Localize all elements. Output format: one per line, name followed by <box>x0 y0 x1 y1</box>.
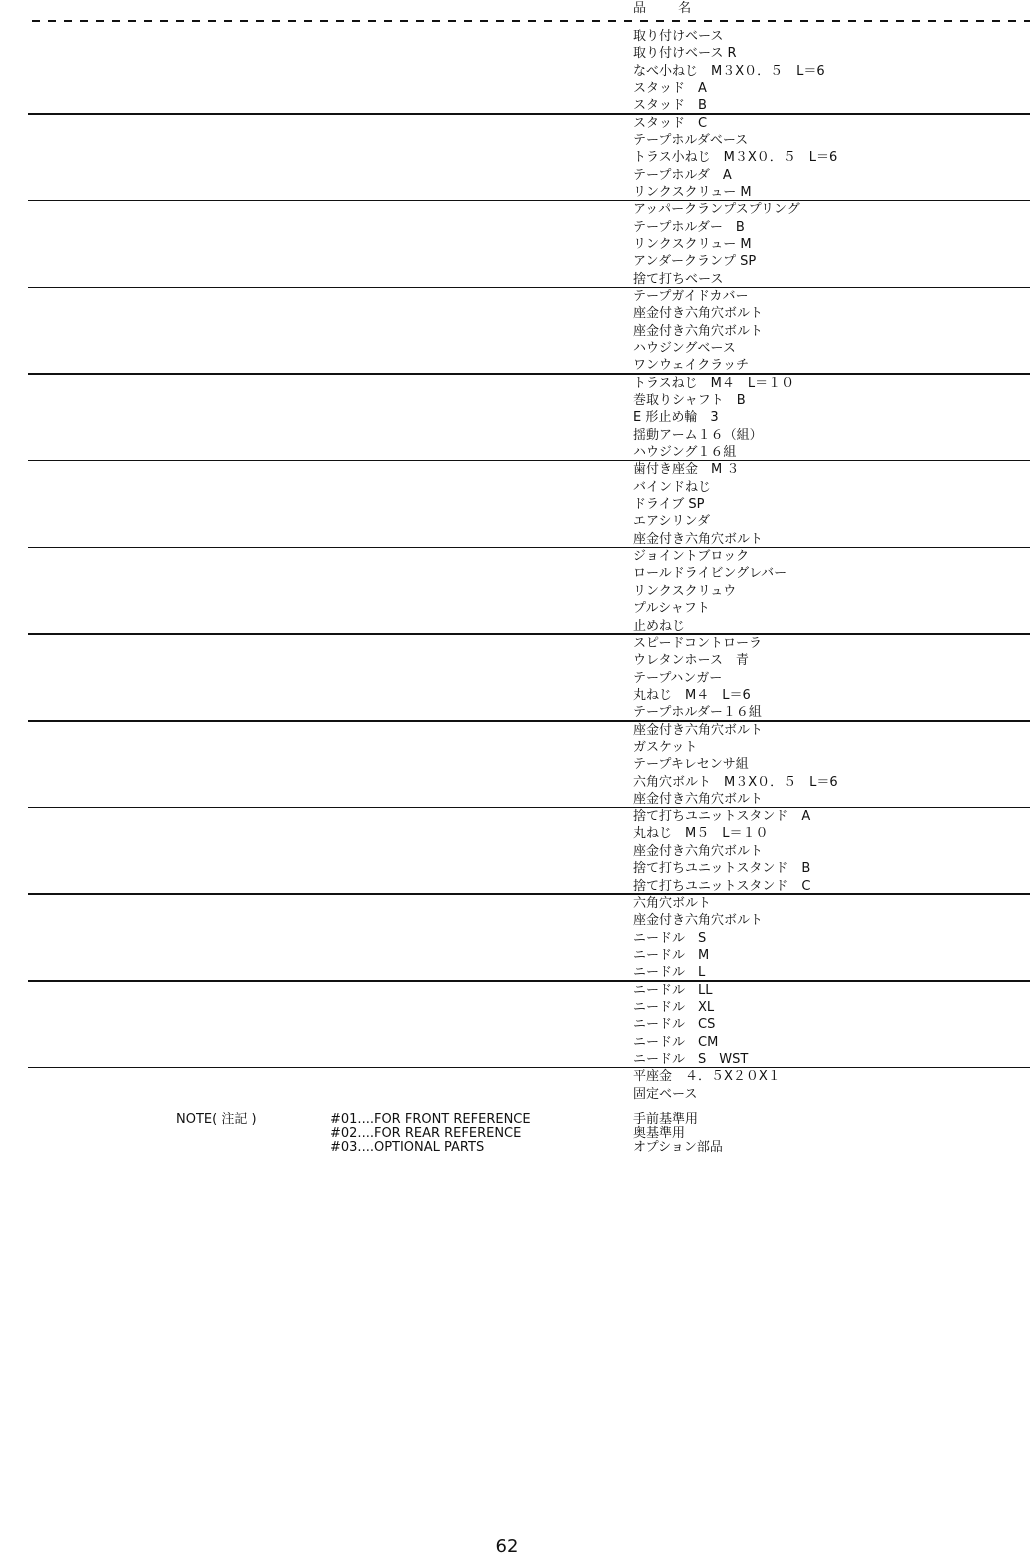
part-name: 座金付き六角穴ボルト <box>633 305 763 322</box>
parts-group: 歯付き座金 M ３ バインドねじ ドライブ SP エアシリンダ 座金付き六角穴ボ… <box>0 461 1030 548</box>
part-name: 捨て打ちユニットスタンド A <box>633 808 810 825</box>
parts-group: トラスねじ M４ L＝１０ 巻取りシャフト B E 形止め輪 3 揺動アーム１６… <box>0 375 1030 462</box>
part-name: テープハンガー <box>633 670 722 687</box>
part-name: 固定ベース <box>633 1086 697 1103</box>
part-name: スピードコントローラ <box>633 635 762 652</box>
part-name: ハウジングベース <box>633 340 736 357</box>
part-name: アンダークランプ SP <box>633 253 756 270</box>
part-name: ロールドライビングレバー <box>633 565 787 582</box>
part-name: 座金付き六角穴ボルト <box>633 323 763 340</box>
part-name: テープガイドカバー <box>633 288 748 305</box>
part-name: ハウジング１６組 <box>633 444 736 461</box>
parts-group: 六角穴ボルト 座金付き六角穴ボルト ニードル S ニードル M ニードル L <box>0 895 1030 982</box>
part-name: トラス小ねじ M３X０．５ L＝6 <box>633 149 837 166</box>
parts-group: 取り付けベース 取り付けベース R なべ小ねじ M３X０．５ L＝6 スタッド … <box>0 28 1030 115</box>
part-name: 捨て打ちユニットスタンド C <box>633 878 810 895</box>
part-name: 取り付けベース <box>633 28 723 45</box>
notes-title: NOTE( 注記 ) <box>176 1113 257 1127</box>
part-name: 座金付き六角穴ボルト <box>633 722 763 739</box>
part-name: 取り付けベース R <box>633 45 737 62</box>
parts-group: ニードル LL ニードル XL ニードル CS ニードル CM ニードル S W… <box>0 982 1030 1069</box>
part-name: ニードル CS <box>633 1016 715 1033</box>
part-name: プルシャフト <box>633 600 710 617</box>
part-name: 座金付き六角穴ボルト <box>633 843 763 860</box>
part-name: ニードル CM <box>633 1034 718 1051</box>
note-code: #03....OPTIONAL PARTS <box>330 1141 531 1155</box>
part-name: ニードル M <box>633 947 709 964</box>
part-name: 揺動アーム１６（組） <box>633 427 763 444</box>
parts-group: スタッド C テープホルダベース トラス小ねじ M３X０．５ L＝6 テープホル… <box>0 115 1030 202</box>
notes-codes: #01....FOR FRONT REFERENCE #02....FOR RE… <box>330 1113 531 1155</box>
parts-group: アッパークランプスプリング テープホルダー B リンクスクリュー M アンダーク… <box>0 201 1030 288</box>
part-name: 座金付き六角穴ボルト <box>633 791 763 808</box>
part-name: テープホルダ A <box>633 167 732 184</box>
part-name: 止めねじ <box>633 618 685 635</box>
parts-list-page: 品 名 取り付けベース 取り付けベース R なべ小ねじ M３X０．５ L＝6 ス… <box>0 0 1030 1564</box>
parts-group: 平座金 ４．５X２０X１ 固定ベース <box>0 1068 1030 1108</box>
part-name: エアシリンダ <box>633 513 710 530</box>
part-name: スタッド C <box>633 115 707 132</box>
part-name: ジョイントブロック <box>633 548 749 565</box>
note-code: #01....FOR FRONT REFERENCE <box>330 1113 531 1127</box>
note-code: #02....FOR REAR REFERENCE <box>330 1127 531 1141</box>
part-name: バインドねじ <box>633 479 711 496</box>
part-name: 六角穴ボルト <box>633 895 711 912</box>
part-name: リンクスクリュウ <box>633 583 736 600</box>
part-name: 座金付き六角穴ボルト <box>633 531 763 548</box>
part-name: テープキレセンサ組 <box>633 756 749 773</box>
parts-list: 取り付けベース 取り付けベース R なべ小ねじ M３X０．５ L＝6 スタッド … <box>0 28 1030 1108</box>
parts-group: ジョイントブロック ロールドライビングレバー リンクスクリュウ プルシャフト 止… <box>0 548 1030 635</box>
part-name: ニードル XL <box>633 999 714 1016</box>
part-name: 平座金 ４．５X２０X１ <box>633 1068 781 1085</box>
part-name: テープホルダー１６組 <box>633 704 762 721</box>
part-name: リンクスクリュー M <box>633 184 752 201</box>
part-name: アッパークランプスプリング <box>633 201 800 218</box>
part-name: スタッド A <box>633 80 707 97</box>
part-name: 座金付き六角穴ボルト <box>633 912 763 929</box>
part-name: 丸ねじ M５ L＝１０ <box>633 825 768 842</box>
parts-group: テープガイドカバー 座金付き六角穴ボルト 座金付き六角穴ボルト ハウジングベース… <box>0 288 1030 375</box>
part-name: ドライブ SP <box>633 496 704 513</box>
part-name: ワンウェイクラッチ <box>633 357 749 374</box>
column-header-part-name: 品 名 <box>633 0 705 17</box>
parts-group: 捨て打ちユニットスタンド A 丸ねじ M５ L＝１０ 座金付き六角穴ボルト 捨て… <box>0 808 1030 895</box>
part-name: ウレタンホース 青 <box>633 652 749 669</box>
notes-japanese: 手前基準用 奥基準用 オプション部品 <box>633 1113 723 1155</box>
part-name: E 形止め輪 3 <box>633 409 719 426</box>
part-name: 六角穴ボルト M３X０．５ L＝6 <box>633 774 838 791</box>
page-number: 62 <box>0 1536 1014 1558</box>
part-name: ニードル L <box>633 964 705 981</box>
part-name: リンクスクリュー M <box>633 236 752 253</box>
part-name: テープホルダベース <box>633 132 748 149</box>
header-dashed-divider <box>32 20 1030 22</box>
part-name: ニードル S WST <box>633 1051 748 1068</box>
part-name: 丸ねじ M４ L＝6 <box>633 687 751 704</box>
part-name: 巻取りシャフト B <box>633 392 746 409</box>
note-japanese-text: 奥基準用 <box>633 1127 723 1141</box>
parts-group: 座金付き六角穴ボルト ガスケット テープキレセンサ組 六角穴ボルト M３X０．５… <box>0 722 1030 809</box>
part-name: テープホルダー B <box>633 219 745 236</box>
note-japanese-text: オプション部品 <box>633 1141 723 1155</box>
note-japanese-text: 手前基準用 <box>633 1113 723 1127</box>
part-name: スタッド B <box>633 97 707 114</box>
part-name: 捨て打ちユニットスタンド B <box>633 860 810 877</box>
part-name: ニードル LL <box>633 982 713 999</box>
part-name: ニードル S <box>633 930 706 947</box>
part-name: ガスケット <box>633 739 697 756</box>
part-name: 捨て打ちベース <box>633 271 723 288</box>
part-name: トラスねじ M４ L＝１０ <box>633 375 794 392</box>
part-name: なべ小ねじ M３X０．５ L＝6 <box>633 63 825 80</box>
parts-group: スピードコントローラ ウレタンホース 青 テープハンガー 丸ねじ M４ L＝6 … <box>0 635 1030 722</box>
part-name: 歯付き座金 M ３ <box>633 461 739 478</box>
